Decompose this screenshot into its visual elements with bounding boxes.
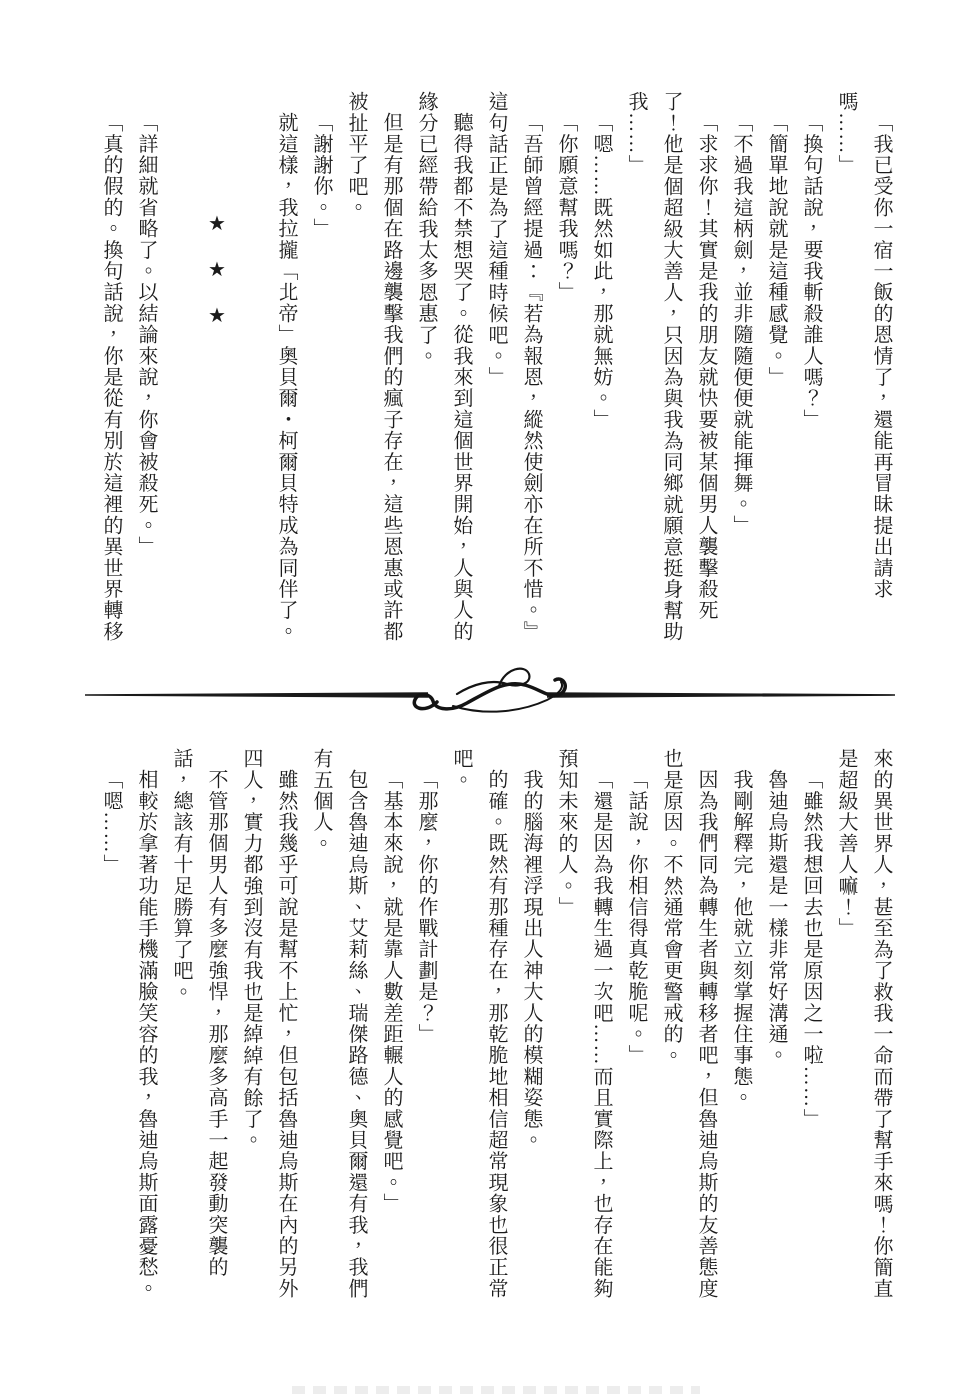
novel-paragraph: 包含魯迪烏斯、艾莉絲、瑞傑路德、奧貝爾還有我，我們有五個人。 [303, 748, 373, 1305]
bottom-text-block: 來的異世界人，甚至為了救我一命而帶了幫手來嗎！你簡直是超級大善人嘛！」「雖然我想… [92, 748, 898, 1305]
novel-paragraph: 「嗯……既然如此，那就無妨。」 [583, 91, 618, 648]
novel-paragraph: 因為我們同為轉生者與轉移者吧，但魯迪烏斯的友善態度也是原因。不然通常會更警戒的。 [653, 748, 723, 1305]
novel-paragraph: 「求求你！其實是我的朋友就快要被某個男人襲擊殺死了！他是個超級大善人，只因為與我… [618, 91, 723, 648]
novel-paragraph: 「換句話說，要我斬殺誰人嗎？」 [793, 91, 828, 648]
novel-paragraph: 「基本來說，就是靠人數差距輾人的感覺吧。」 [373, 748, 408, 1305]
novel-paragraph: 聽得我都不禁想哭了。從我來到這個世界開始，人與人的緣分已經帶給我太多恩惠了。 [408, 91, 478, 648]
flourish-divider-icon [85, 652, 895, 738]
novel-paragraph: 「謝謝你。」 [303, 91, 338, 648]
novel-paragraph: 「嗯……」 [93, 748, 128, 1305]
novel-paragraph: 「你願意幫我嗎？」 [548, 91, 583, 648]
novel-paragraph: 不管那個男人有多麼強悍，那麼多高手一起發動突襲的話，總該有十足勝算了吧。 [163, 748, 233, 1305]
novel-paragraph: 相較於拿著功能手機滿臉笑容的我，魯迪烏斯面露憂愁。 [128, 748, 163, 1305]
novel-paragraph: 「我已受你一宿一飯的恩情了，還能再冒昧提出請求嗎……」 [828, 91, 898, 648]
novel-paragraph: 我的腦海裡浮現出人神大人的模糊姿態。 [513, 748, 548, 1305]
novel-paragraph: 的確。既然有那種存在，那乾脆地相信超常現象也很正常吧。 [443, 748, 513, 1305]
novel-paragraph: 「雖然我想回去也是原因之一啦……」 [793, 748, 828, 1305]
novel-page: 「我已受你一宿一飯的恩情了，還能再冒昧提出請求嗎……」「換句話說，要我斬殺誰人嗎… [0, 0, 980, 1394]
novel-paragraph: 「話說，你相信得真乾脆呢。」 [618, 748, 653, 1305]
novel-paragraph: 「詳細就省略了。以結論來說，你會被殺死。」 [128, 91, 163, 648]
novel-paragraph: 「還是因為我轉生過一次吧……而且實際上，也存在能夠預知未來的人。」 [548, 748, 618, 1305]
novel-paragraph: 「簡單地說就是這種感覺。」 [758, 91, 793, 648]
novel-paragraph: 「那麼，你的作戰計劃是？」 [408, 748, 443, 1305]
novel-paragraph: 就這樣，我拉攏「北帝」奧貝爾・柯爾貝特成為同伴了。 [268, 91, 303, 648]
novel-paragraph: 魯迪烏斯還是一樣非常好溝通。 [758, 748, 793, 1305]
scene-break-stars: ★★★ [198, 91, 233, 648]
novel-paragraph: 來的異世界人，甚至為了救我一命而帶了幫手來嗎！你簡直是超級大善人嘛！」 [828, 748, 898, 1305]
section-divider [85, 652, 895, 738]
novel-paragraph: 「不過我這柄劍，並非隨隨便便就能揮舞。」 [723, 91, 758, 648]
novel-paragraph: 我剛解釋完，他就立刻掌握住事態。 [723, 748, 758, 1305]
novel-paragraph: 雖然我幾乎可說是幫不上忙，但包括魯迪烏斯在內的另外四人，實力都強到沒有我也是綽綽… [233, 748, 303, 1305]
novel-paragraph: 「吾師曾經提過：『若為報恩，縱然使劍亦在所不惜。』這句話正是為了這種時候吧。」 [478, 91, 548, 648]
novel-paragraph: 但是有那個在路邊襲擊我們的瘋子存在，這些恩惠或許都被扯平了吧。 [338, 91, 408, 648]
top-text-block: 「我已受你一宿一飯的恩情了，還能再冒昧提出請求嗎……」「換句話說，要我斬殺誰人嗎… [92, 91, 898, 648]
novel-paragraph: 「真的假的。換句話說，你是從有別於這裡的異世界轉移 [93, 91, 128, 648]
cropped-text-bleed [292, 1386, 700, 1394]
